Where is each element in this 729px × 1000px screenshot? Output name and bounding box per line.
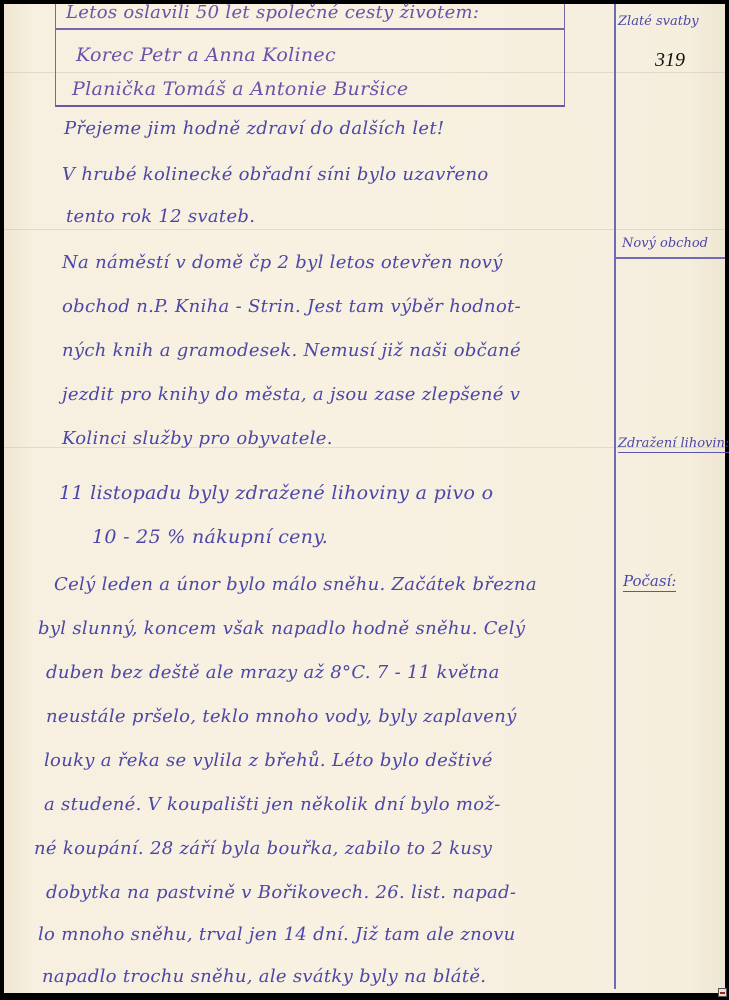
header-box-title: Letos oslavili 50 let společné cesty živ… <box>66 2 479 23</box>
margin-rule <box>614 4 616 989</box>
text-line: Kolinci služby pro obyvatele. <box>62 428 333 449</box>
text-line: neustále pršelo, teklo mnoho vody, byly … <box>46 706 517 727</box>
text-line: dobytka na pastvině v Bořikovech. 26. li… <box>46 882 516 903</box>
text-line: byl slunný, koncem však napadlo hodně sn… <box>38 618 525 639</box>
text-line: 11 listopadu byly zdražené lihoviny a pi… <box>59 482 493 504</box>
page-number: 319 <box>655 49 685 72</box>
text-line: jezdit pro knihy do města, a jsou zase z… <box>62 384 520 405</box>
text-line: 10 - 25 % nákupní ceny. <box>92 526 328 548</box>
text-line: louky a řeka se vylila z břehů. Léto byl… <box>44 750 493 771</box>
text-line: tento rok 12 svateb. <box>66 206 255 227</box>
text-line: V hrubé kolinecké obřadní síni bylo uzav… <box>62 164 489 185</box>
margin-note-price-increase: Zdražení lihovin: <box>618 434 688 453</box>
text-line: Přejeme jim hodně zdraví do dalších let! <box>64 118 444 139</box>
text-line: Na náměstí v domě čp 2 byl letos otevřen… <box>62 252 503 273</box>
margin-note-weather: Počasí: <box>623 572 676 592</box>
couple-entry: Korec Petr a Anna Kolinec <box>76 44 336 66</box>
margin-divider <box>614 257 725 259</box>
text-line: né koupání. 28 září byla bouřka, zabilo … <box>34 838 492 859</box>
text-line: ných knih a gramodesek. Nemusí již naši … <box>62 340 521 361</box>
margin-note-line: Zdražení lihovin: <box>618 436 729 453</box>
faint-rule <box>4 229 725 230</box>
text-line: a studené. V koupališti jen několik dní … <box>44 794 501 815</box>
margin-note-golden-weddings: Zlaté svatby <box>618 14 699 29</box>
text-line: napadlo trochu sněhu, ale svátky byly na… <box>42 966 486 987</box>
margin-note-new-shop: Nový obchod <box>622 236 708 251</box>
couple-entry: Planička Tomáš a Antonie Buršice <box>72 78 408 100</box>
header-box-divider <box>55 28 565 30</box>
text-line: duben bez deště ale mrazy až 8°C. 7 - 11… <box>46 662 500 683</box>
text-line: obchod n.P. Kniha - Strin. Jest tam výbě… <box>62 296 521 317</box>
text-line: Celý leden a únor bylo málo sněhu. Začát… <box>54 574 537 595</box>
text-line: lo mnoho sněhu, trval jen 14 dní. Již ta… <box>38 924 516 945</box>
ledger-page: Letos oslavili 50 let společné cesty živ… <box>4 4 725 993</box>
minimize-icon[interactable] <box>718 988 727 997</box>
